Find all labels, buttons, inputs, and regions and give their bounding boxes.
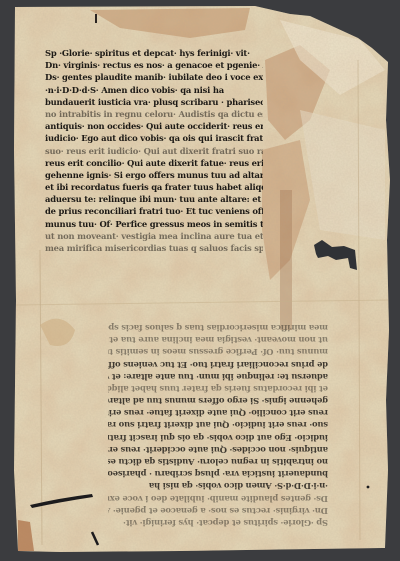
text-line: reus erit concilio· Qui aute dixerit fat… [108,407,328,419]
text-line: antiquis· non occides· Qui aute occideri… [108,444,328,456]
text-line: munus tuu· Of· Perfice gressus meos in s… [45,218,263,230]
text-line: Sp ·Glorie· spiritus et depcat· hys feri… [45,47,263,59]
text-line: aduersu te: relinque ibi mun· tuu ante a… [108,371,328,383]
text-line: aduersu te: relinque ibi mun· tuu ante a… [45,193,263,205]
text-line: iudicio· Ego aut dico vobis· qa ois qui … [108,432,328,444]
text-line: reus erit concilio· Qui aute dixerit fat… [45,157,263,169]
text-line: gehenne ignis· Si ergo offers munus tuu … [108,395,328,407]
text-line: suo· reus erit iudicio· Qui aut dixerit … [108,420,328,432]
text-line: antiquis· non occides· Qui aute occideri… [45,120,263,132]
text-line: ut non moveant· vestigia mea inclina aur… [45,230,263,242]
text-line: ·n·i·D·D·d·S· Amen dico vobis· qa nisi h… [108,480,328,492]
text-line: mea mirifica misericordias tuas q saluos… [45,242,263,254]
text-line: de prius reconciliari fratri tuo· Et tuc… [108,359,328,371]
text-line: Sp ·Glorie· spiritus et depcat· hys feri… [108,517,328,529]
text-line: ut non moveant· vestigia mea inclina aur… [108,334,328,346]
text-line: Dn· virginis· rectus es nos· a genacoe e… [45,59,263,71]
upright-text-block: Sp ·Glorie· spiritus et depcat· hys feri… [45,47,263,254]
text-line: Dn· virginis· rectus es nos· a genacoe e… [108,505,328,517]
text-line: Ds· gentes plaudite manib· iubilate deo … [108,493,328,505]
text-line: de prius reconciliari fratri tuo· Et tuc… [45,205,263,217]
text-line: et ibi recordatus fueris qa frater tuus … [108,383,328,395]
text-line: bundauerit iusticia vra· plusq scribaru … [108,468,328,480]
text-line: no intrabitis in regnu celoru· Audistis … [108,456,328,468]
text-line: et ibi recordatus fueris qa frater tuus … [45,181,263,193]
text-line: ·n·i·D·D·d·S· Amen dico vobis· qa nisi h… [45,84,263,96]
mirrored-offset-text-block: Sp ·Glorie· spiritus et depcat· hys feri… [108,322,328,529]
text-line: iudicio· Ego aut dico vobis· qa ois qui … [45,132,263,144]
text-line: munus tuu· Of· Perfice gressus meos in s… [108,346,328,358]
text-line: mea mirifica misericordias tuas q saluos… [108,322,328,334]
text-line: gehenne ignis· Si ergo offers munus tuu … [45,169,263,181]
text-line: bundauerit iusticia vra· plusq scribaru … [45,96,263,108]
text-line: suo· reus erit iudicio· Qui aut dixerit … [45,145,263,157]
text-line: no intrabitis in regnu celoru· Audistis … [45,108,263,120]
text-line: Ds· gentes plaudite manib· iubilate deo … [45,71,263,83]
